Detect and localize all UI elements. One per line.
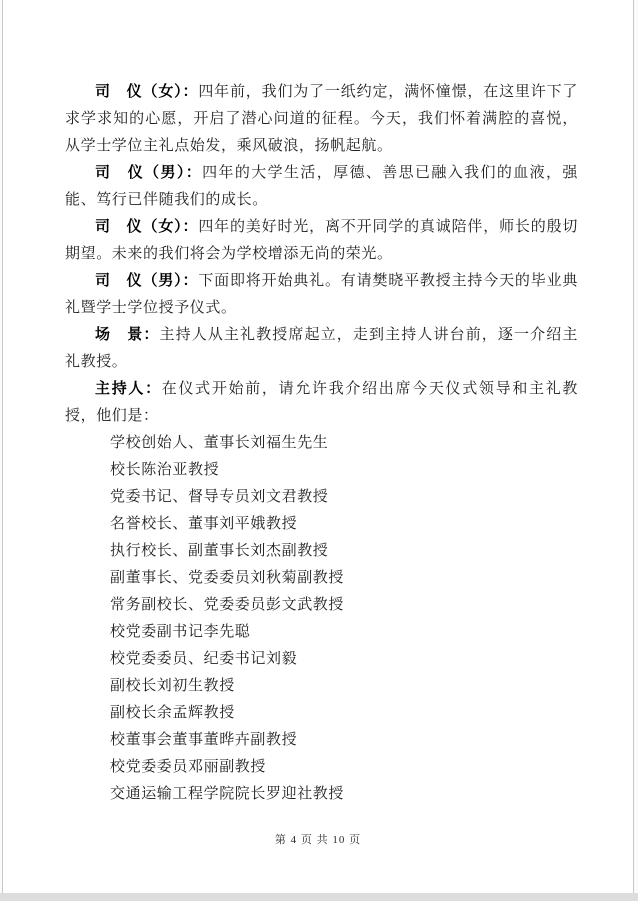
speaker-label: 主持人：	[95, 381, 162, 397]
roster-item: 校董事会董事董晔卉副教授	[65, 727, 578, 754]
roster-item: 校党委委员、纪委书记刘毅	[65, 646, 578, 673]
document-body: 司 仪（女）：四年前，我们为了一纸约定，满怀憧憬，在这里许下了求学求知的心愿，开…	[3, 0, 633, 808]
paragraph: 司 仪（女）：四年的美好时光，离不开同学的真诚陪伴，师长的殷切期望。未来的我们将…	[65, 214, 578, 268]
roster-item: 校党委委员邓丽副教授	[65, 754, 578, 781]
paragraph: 主持人：在仪式开始前，请允许我介绍出席今天仪式领导和主礼教授，他们是：	[65, 376, 578, 430]
speaker-label: 司 仪（女）：	[95, 219, 198, 235]
roster-item: 党委书记、督导专员刘文君教授	[65, 484, 578, 511]
roster-item: 副校长刘初生教授	[65, 673, 578, 700]
paragraph: 司 仪（男）：下面即将开始典礼。有请樊晓平教授主持今天的毕业典礼暨学士学位授予仪…	[65, 268, 578, 322]
roster-item: 校长陈治亚教授	[65, 457, 578, 484]
document-page: 司 仪（女）：四年前，我们为了一纸约定，满怀憧憬，在这里许下了求学求知的心愿，开…	[2, 0, 634, 893]
roster-item: 名誉校长、董事刘平娥教授	[65, 511, 578, 538]
speaker-label: 司 仪（女）：	[95, 84, 198, 100]
paragraph: 司 仪（男）：四年的大学生活，厚德、善思已融入我们的血液，强能、笃行已伴随我们的…	[65, 160, 578, 214]
roster-item: 交通运输工程学院院长罗迎社教授	[65, 781, 578, 808]
roster-item: 学校创始人、董事长刘福生先生	[65, 430, 578, 457]
roster-item: 执行校长、副董事长刘杰副教授	[65, 538, 578, 565]
speaker-label: 司 仪（男）：	[95, 273, 198, 289]
roster-item: 常务副校长、党委委员彭文武教授	[65, 592, 578, 619]
speaker-label: 司 仪（男）：	[95, 165, 202, 181]
page-footer: 第 4 页 共 10 页	[3, 832, 633, 848]
paragraph: 场 景：主持人从主礼教授席起立，走到主持人讲台前，逐一介绍主礼教授。	[65, 322, 578, 376]
paragraph: 司 仪（女）：四年前，我们为了一纸约定，满怀憧憬，在这里许下了求学求知的心愿，开…	[65, 79, 578, 160]
roster-item: 副董事长、党委委员刘秋菊副教授	[65, 565, 578, 592]
page-number: 第 4 页 共 10 页	[275, 834, 361, 846]
speaker-label: 场 景：	[95, 327, 159, 343]
roster-item: 副校长余孟辉教授	[65, 700, 578, 727]
page-bottom-edge	[0, 893, 638, 901]
roster-item: 校党委副书记李先聪	[65, 619, 578, 646]
document-viewport: 司 仪（女）：四年前，我们为了一纸约定，满怀憧憬，在这里许下了求学求知的心愿，开…	[0, 0, 638, 901]
